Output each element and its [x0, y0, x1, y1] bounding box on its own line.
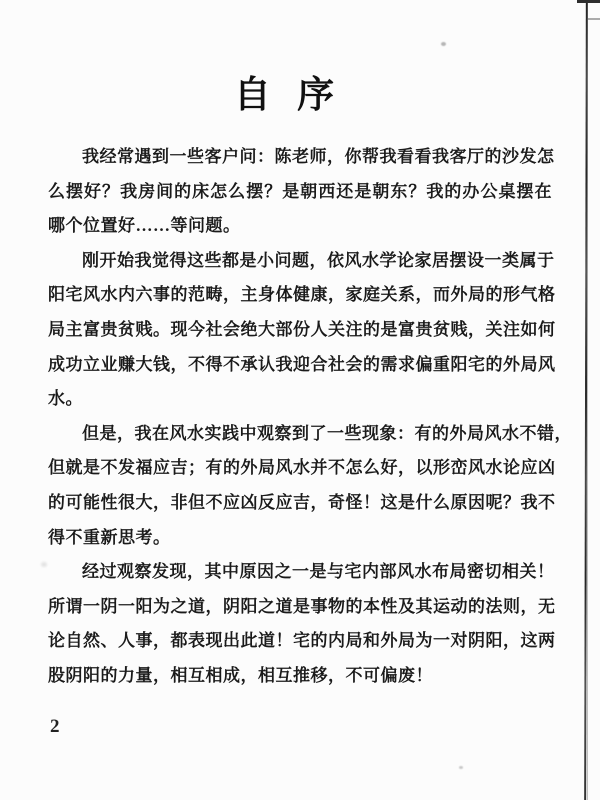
page-number: 2 [50, 716, 60, 738]
text-line: 哪个位置好……等问题。 [48, 209, 552, 244]
text-line: 阳宅风水内六事的范畴，主身体健康，家庭关系，而外局的形气格 [48, 278, 552, 313]
text-line: 所谓一阴一阳为之道，阴阳之道是事物的本性及其运动的法则，无 [48, 590, 552, 625]
paragraph: 经过观察发现，其中原因之一是与宅内部风水布局密切相关！所谓一阴一阳为之道，阴阳之… [48, 555, 552, 693]
paragraph: 但是，我在风水实践中观察到了一些现象：有的外局风水不错，但就是不发福应吉；有的外… [48, 417, 552, 555]
scan-speck [441, 42, 446, 46]
scan-edge-line-soft [587, 0, 588, 800]
preface-body-text: 我经常遇到一些客户问：陈老师，你帮我看看我客厅的沙发怎么摆好？我房间的床怎么摆？… [48, 140, 552, 694]
paragraph: 刚开始我觉得这些都是小问题，依风水学论家居摆设一类属于阳宅风水内六事的范畴，主身… [48, 244, 552, 417]
text-line: 的可能性很大，非但不应凶反应吉，奇怪！这是什么原因呢？我不 [48, 486, 552, 521]
text-line: 成功立业赚大钱，不得不承认我迎合社会的需求偏重阳宅的外局风 [48, 348, 552, 383]
scan-speck [41, 562, 47, 567]
text-line: 股阴阳的力量，相互相成，相互推移，不可偏废！ [48, 659, 552, 694]
text-line: 但是，我在风水实践中观察到了一些现象：有的外局风水不错， [48, 417, 552, 452]
text-line: 但就是不发福应吉；有的外局风水并不怎么好，以形峦风水论应凶 [48, 451, 552, 486]
text-line: 经过观察发现，其中原因之一是与宅内部风水布局密切相关！ [48, 555, 552, 590]
text-line: 我经常遇到一些客户问：陈老师，你帮我看看我客厅的沙发怎 [48, 140, 552, 175]
text-line: 局主富贵贫贱。现今社会绝大部份人关注的是富贵贫贱，关注如何 [48, 313, 552, 348]
text-line: 论自然、人事，都表现出此道！宅的内局和外局为一对阴阳，这两 [48, 624, 552, 659]
scan-speck [459, 766, 463, 769]
text-line: 得不重新思考。 [48, 521, 552, 556]
page-title: 自 序 [0, 64, 570, 118]
scan-faint-line [588, 18, 600, 20]
text-line: 么摆好？我房间的床怎么摆？是朝西还是朝东？我的办公桌摆在 [48, 175, 552, 210]
scan-corner-mark [577, 0, 600, 3]
text-line: 刚开始我觉得这些都是小问题，依风水学论家居摆设一类属于 [48, 244, 552, 279]
paragraph: 我经常遇到一些客户问：陈老师，你帮我看看我客厅的沙发怎么摆好？我房间的床怎么摆？… [48, 140, 552, 244]
scanned-book-page: 自 序 我经常遇到一些客户问：陈老师，你帮我看看我客厅的沙发怎么摆好？我房间的床… [0, 0, 600, 800]
text-line: 水。 [48, 382, 552, 417]
